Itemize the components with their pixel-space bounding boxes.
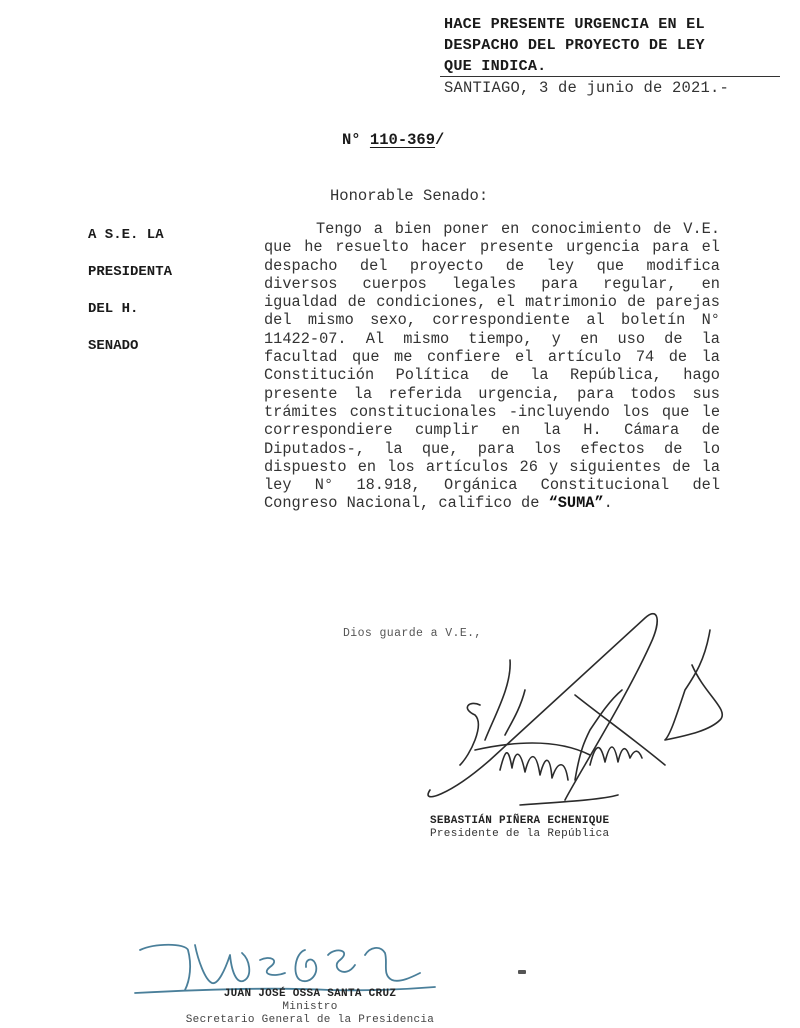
addressee-line: DEL H. (88, 301, 238, 338)
president-signature-block: SEBASTIÁN PIÑERA ECHENIQUE Presidente de… (430, 815, 609, 841)
document-subject: HACE PRESENTE URGENCIA EN EL DESPACHO DE… (444, 14, 782, 77)
subject-divider (440, 76, 780, 77)
body-text-main: Tengo a bien poner en conocimiento de V.… (264, 220, 720, 512)
subject-line-2: DESPACHO DEL PROYECTO DE LEY (444, 35, 782, 56)
signer-title: Presidente de la República (430, 828, 609, 841)
addressee-line: A S.E. LA (88, 227, 238, 264)
number-suffix: / (435, 131, 444, 149)
body-paragraph: Tengo a bien poner en conocimiento de V.… (264, 220, 720, 513)
letter-body: Tengo a bien poner en conocimiento de V.… (264, 220, 720, 513)
addressee-line: PRESIDENTA (88, 264, 238, 301)
document-date: SANTIAGO, 3 de junio de 2021.- (444, 79, 729, 97)
president-signature-icon (400, 590, 740, 820)
addressee-block: A S.E. LA PRESIDENTA DEL H. SENADO (88, 227, 238, 375)
subject-line-3: QUE INDICA. (444, 56, 782, 77)
addressee-line: SENADO (88, 338, 238, 375)
minister-signature-block: JUAN JOSÉ OSSA SANTA CRUZ Ministro Secre… (140, 988, 480, 1027)
urgency-type: “SUMA” (549, 494, 604, 512)
ink-mark (518, 970, 526, 974)
signer-name: JUAN JOSÉ OSSA SANTA CRUZ (140, 988, 480, 1001)
salutation: Honorable Senado: (330, 187, 488, 205)
signer-name: SEBASTIÁN PIÑERA ECHENIQUE (430, 815, 609, 828)
body-text-end: . (604, 494, 613, 512)
subject-line-1: HACE PRESENTE URGENCIA EN EL (444, 14, 782, 35)
signer-title: Secretario General de la Presidencia (140, 1014, 480, 1027)
number-value: 110-369 (370, 131, 435, 149)
signer-title: Ministro (140, 1001, 480, 1014)
document-number: N° 110-369/ (342, 131, 444, 149)
number-prefix: N° (342, 131, 361, 149)
